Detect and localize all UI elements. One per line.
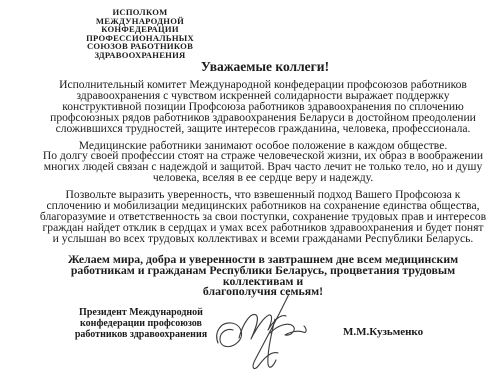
paragraph-1: Исполнительный комитет Международной кон… xyxy=(38,80,488,135)
signer-name: М.М.Кузьменко xyxy=(343,326,423,338)
letter-page: ИСПОЛКОМ МЕЖДУНАРОДНОЙ КОНФЕДЕРАЦИИ ПРОФ… xyxy=(0,0,500,378)
paragraph-3: Позвольте выразить уверенность, что взве… xyxy=(38,190,488,245)
letterhead: ИСПОЛКОМ МЕЖДУНАРОДНОЙ КОНФЕДЕРАЦИИ ПРОФ… xyxy=(82,8,198,59)
letter-body: Исполнительный комитет Международной кон… xyxy=(38,80,488,303)
handwritten-signature-icon xyxy=(212,291,318,377)
salutation: Уважаемые коллеги! xyxy=(40,60,490,74)
signer-title: Президент Международной конфедерации про… xyxy=(53,308,229,340)
paragraph-2: Медицинские работники занимают особое по… xyxy=(38,141,488,185)
